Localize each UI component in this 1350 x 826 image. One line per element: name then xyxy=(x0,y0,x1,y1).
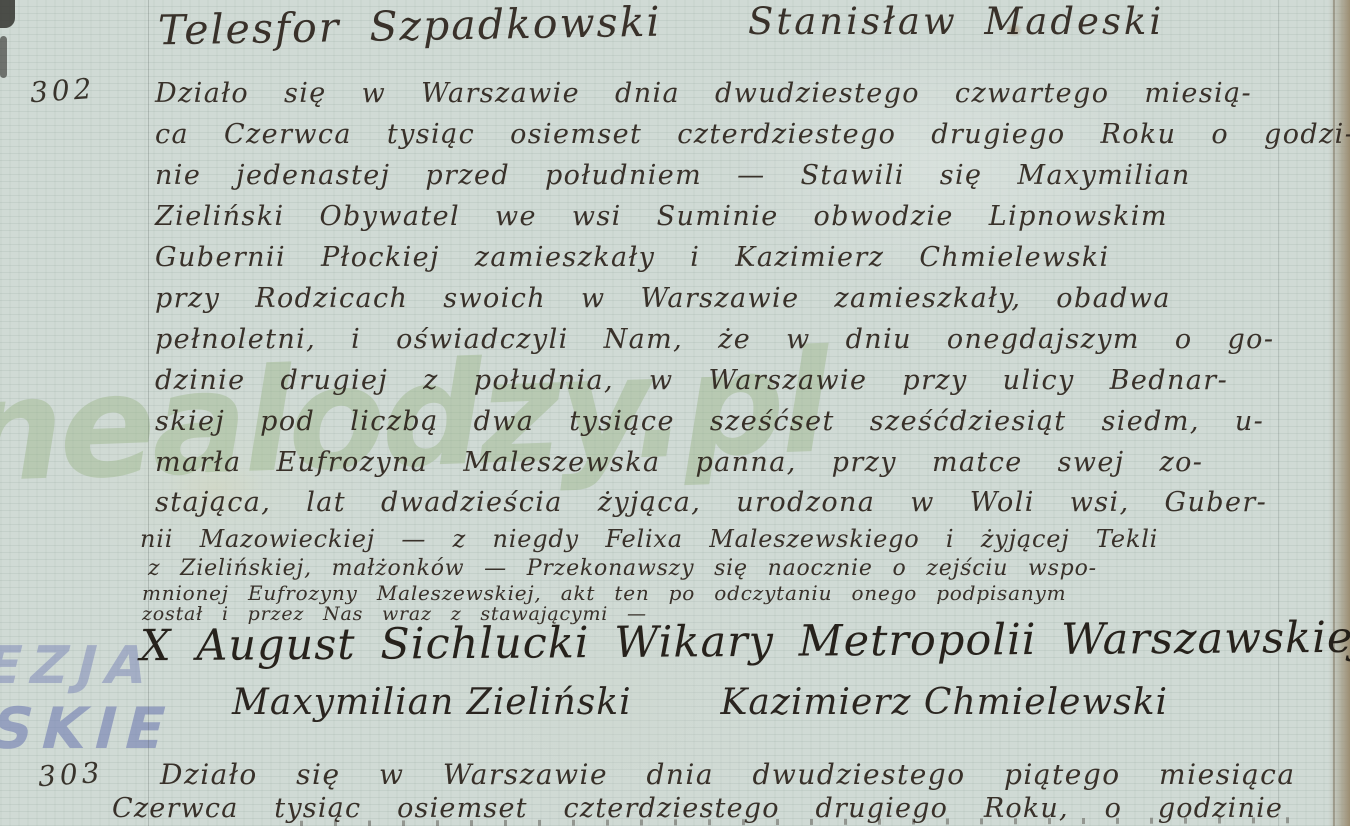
record-303-line-1: Działo się w Warszawie dnia dwudziestego… xyxy=(160,758,1296,791)
header-signature-right: Stanisław Madeski xyxy=(748,0,1164,43)
witness-signature-2: Kazimierz Chmielewski xyxy=(721,682,1169,723)
record-302-line-2: ca Czerwca tysiąc osiemset czterdziesteg… xyxy=(155,119,1350,150)
record-302-line-10: marła Eufrozyna Maleszewska panna, przy … xyxy=(155,447,1203,478)
left-margin-rule xyxy=(148,0,149,826)
witness-signatures: Maxymilian Zieliński Kazimierz Chmielews… xyxy=(232,682,1168,723)
officiant-signature: X August Sichlucki Wikary Metropolii War… xyxy=(140,613,1350,672)
watermark-blue-fragment-1: EZJA xyxy=(0,636,162,696)
witness-signature-1: Maxymilian Zieliński xyxy=(232,682,632,723)
record-302-line-1: Działo się w Warszawie dnia dwudziestego… xyxy=(155,78,1252,109)
scan-edge-smudge xyxy=(0,36,7,78)
record-302-line-12: nii Mazowieckiej — z niegdy Felixa Males… xyxy=(140,525,1158,553)
record-302-line-8: dzinie drugiej z południa, w Warszawie p… xyxy=(155,365,1228,396)
watermark-blue-fragment-2: SKIE xyxy=(0,696,182,762)
record-302-line-11: stająca, lat dwadzieścia żyjąca, urodzon… xyxy=(155,487,1267,518)
record-302-line-9: skiej pod liczbą dwa tysiące sześćset sz… xyxy=(155,406,1264,437)
record-302-line-13: z Zielińskiej, małżonków — Przekonawszy … xyxy=(148,556,1097,581)
record-302-line-14: mnionej Eufrozyny Maleszewskiej, akt ten… xyxy=(142,581,1066,605)
header-signature-left: Telesfor Szpadkowski xyxy=(158,0,662,54)
record-302-line-5: Gubernii Płockiej zamieszkały i Kazimier… xyxy=(155,242,1110,273)
record-number-303: 303 xyxy=(37,756,105,793)
record-302-line-4: Zieliński Obywatel we wsi Suminie obwodz… xyxy=(155,201,1168,232)
record-number-302: 302 xyxy=(29,72,97,109)
record-302-line-6: przy Rodzicach swoich w Warszawie zamies… xyxy=(155,283,1171,314)
document-page: genealodzy.pl EZJA SKIE Telesfor Szpadko… xyxy=(0,0,1350,826)
record-302-line-7: pełnoletni, i oświadczyli Nam, że w dniu… xyxy=(155,324,1274,355)
record-302-line-3: nie jedenastej przed południem — Stawili… xyxy=(155,160,1191,191)
scan-corner-mark xyxy=(0,0,15,28)
